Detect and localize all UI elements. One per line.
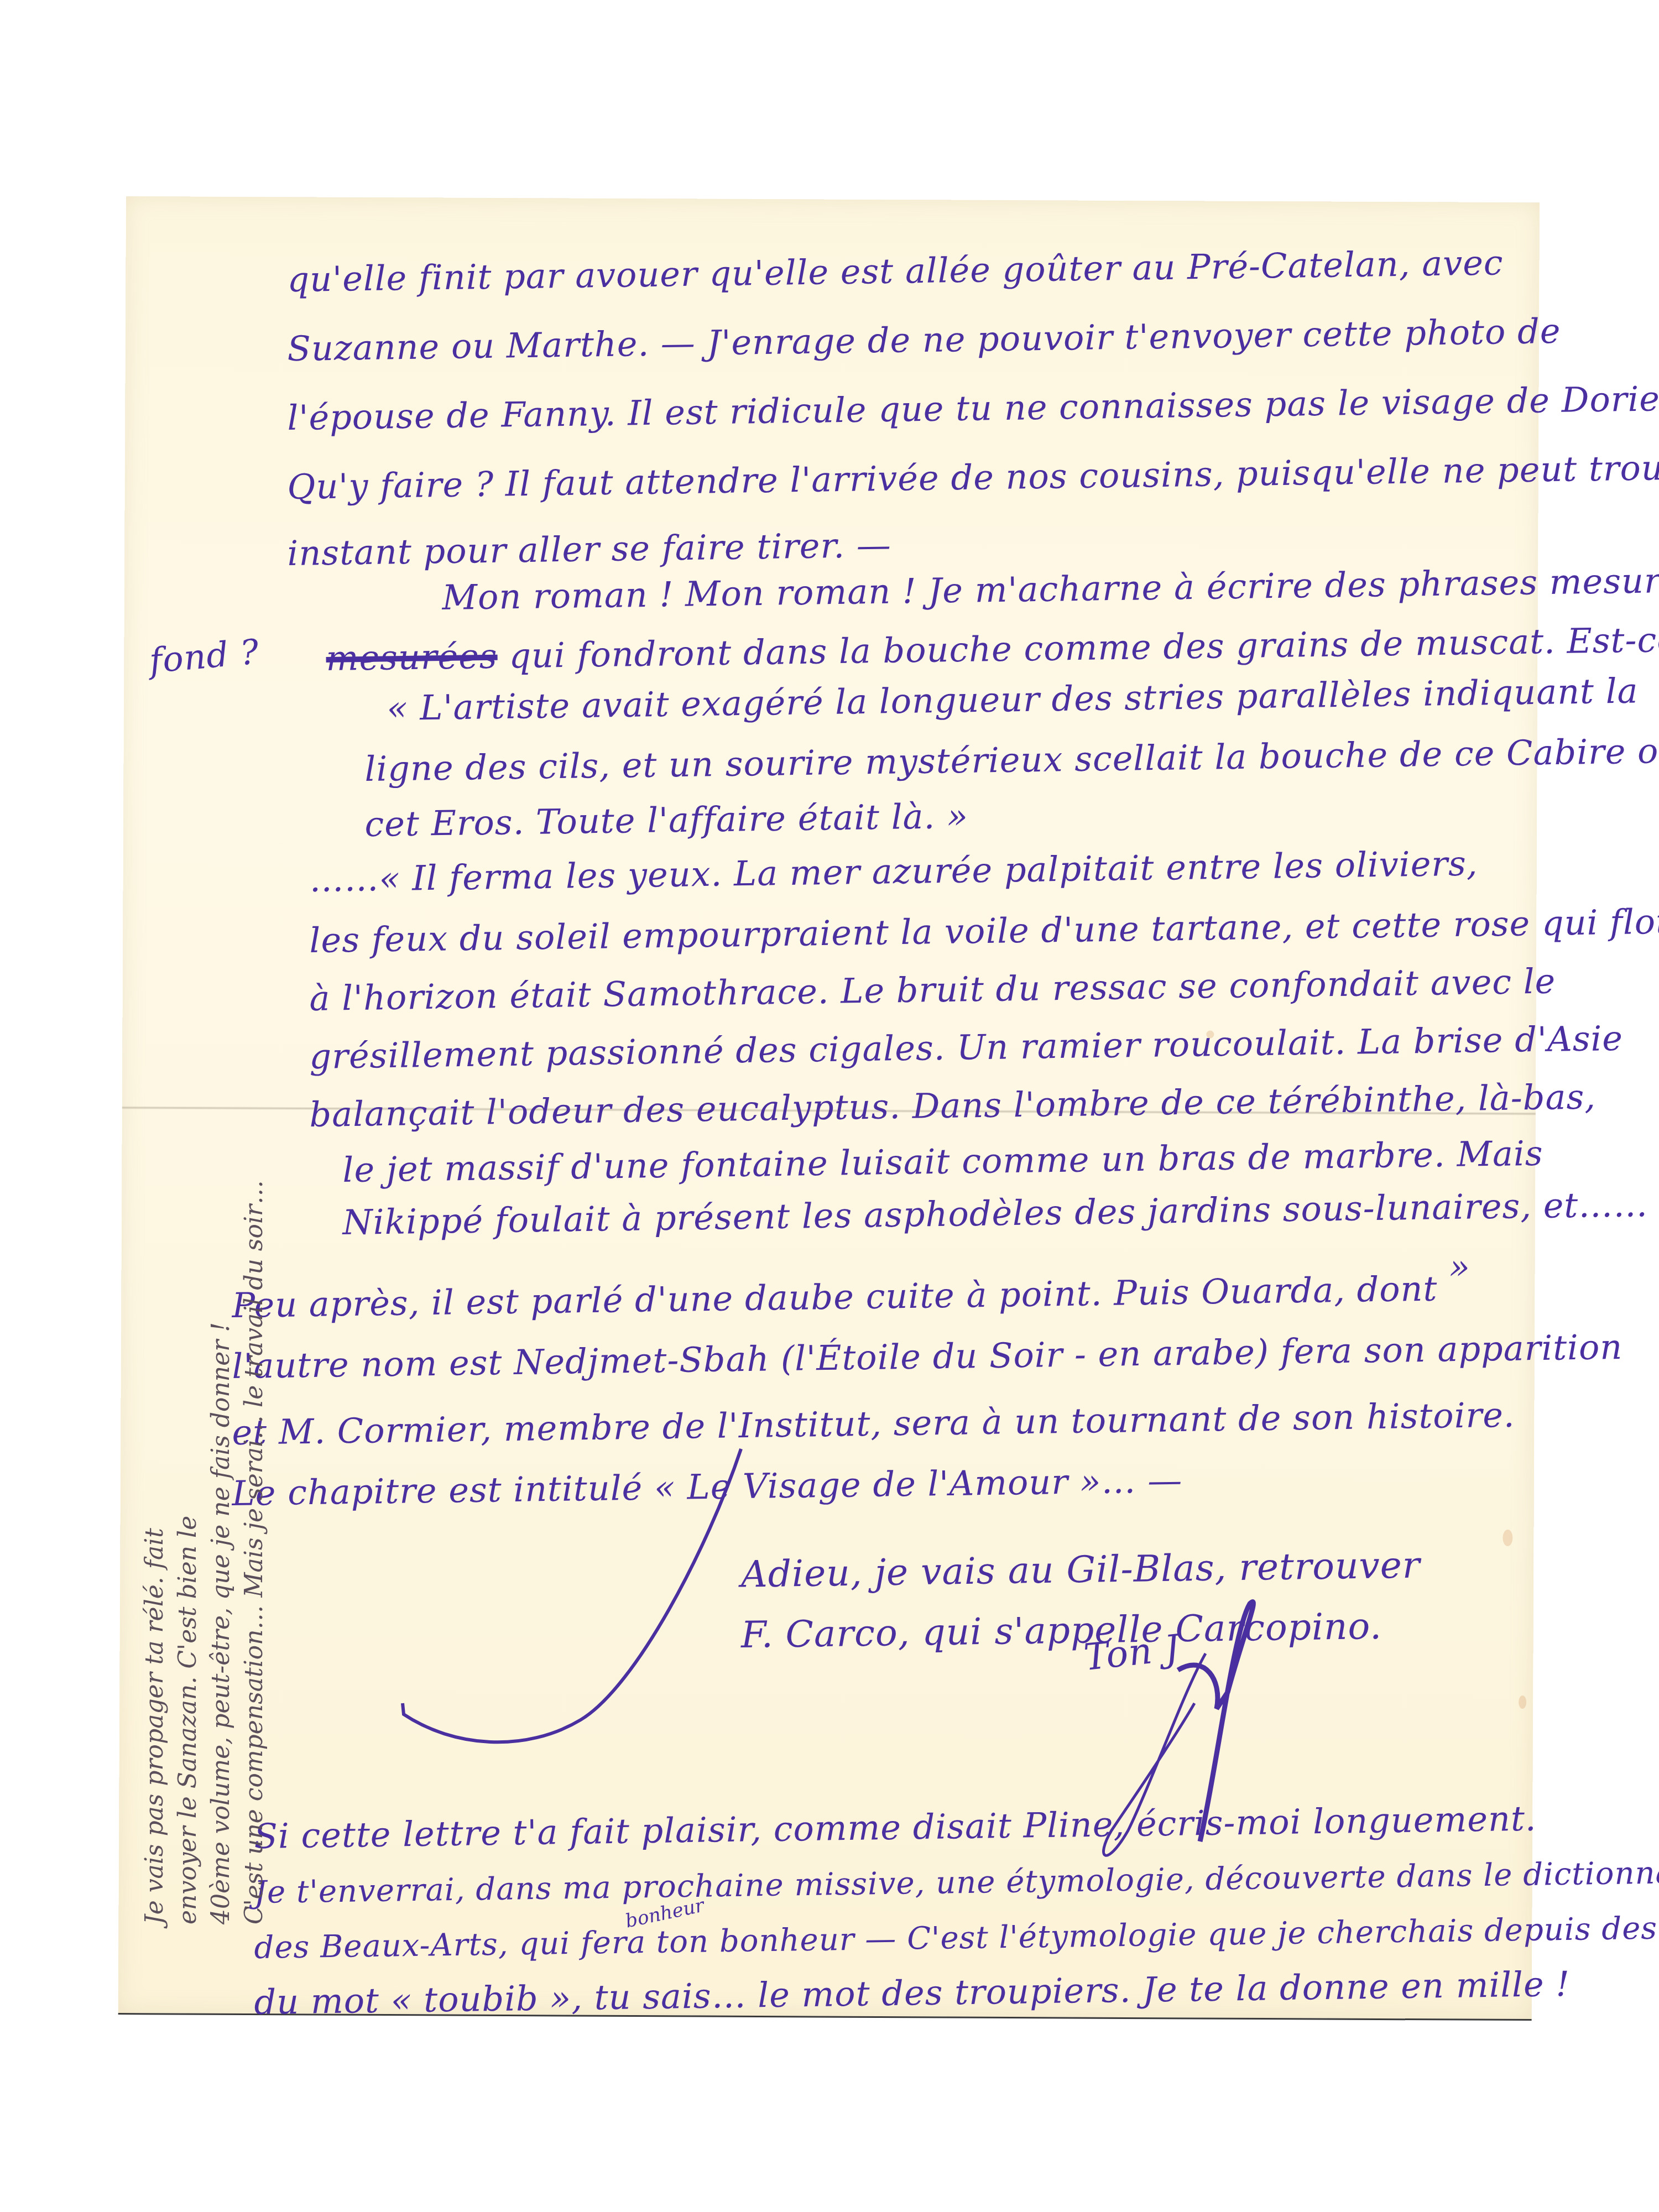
side-note-line: envoyer le Sanazan. C'est bien le — [171, 1180, 205, 1924]
side-note-line: C'est une compensation… Mais je serai… l… — [238, 1180, 271, 1924]
side-note-line: 40ème volume, peut-être, que je ne fais … — [205, 1180, 238, 1924]
side-note-line: Je vais pas propager ta rélé. fait — [138, 1180, 171, 1924]
side-note-vertical: Je vais pas propager ta rélé. fait envoy… — [138, 1180, 271, 1924]
